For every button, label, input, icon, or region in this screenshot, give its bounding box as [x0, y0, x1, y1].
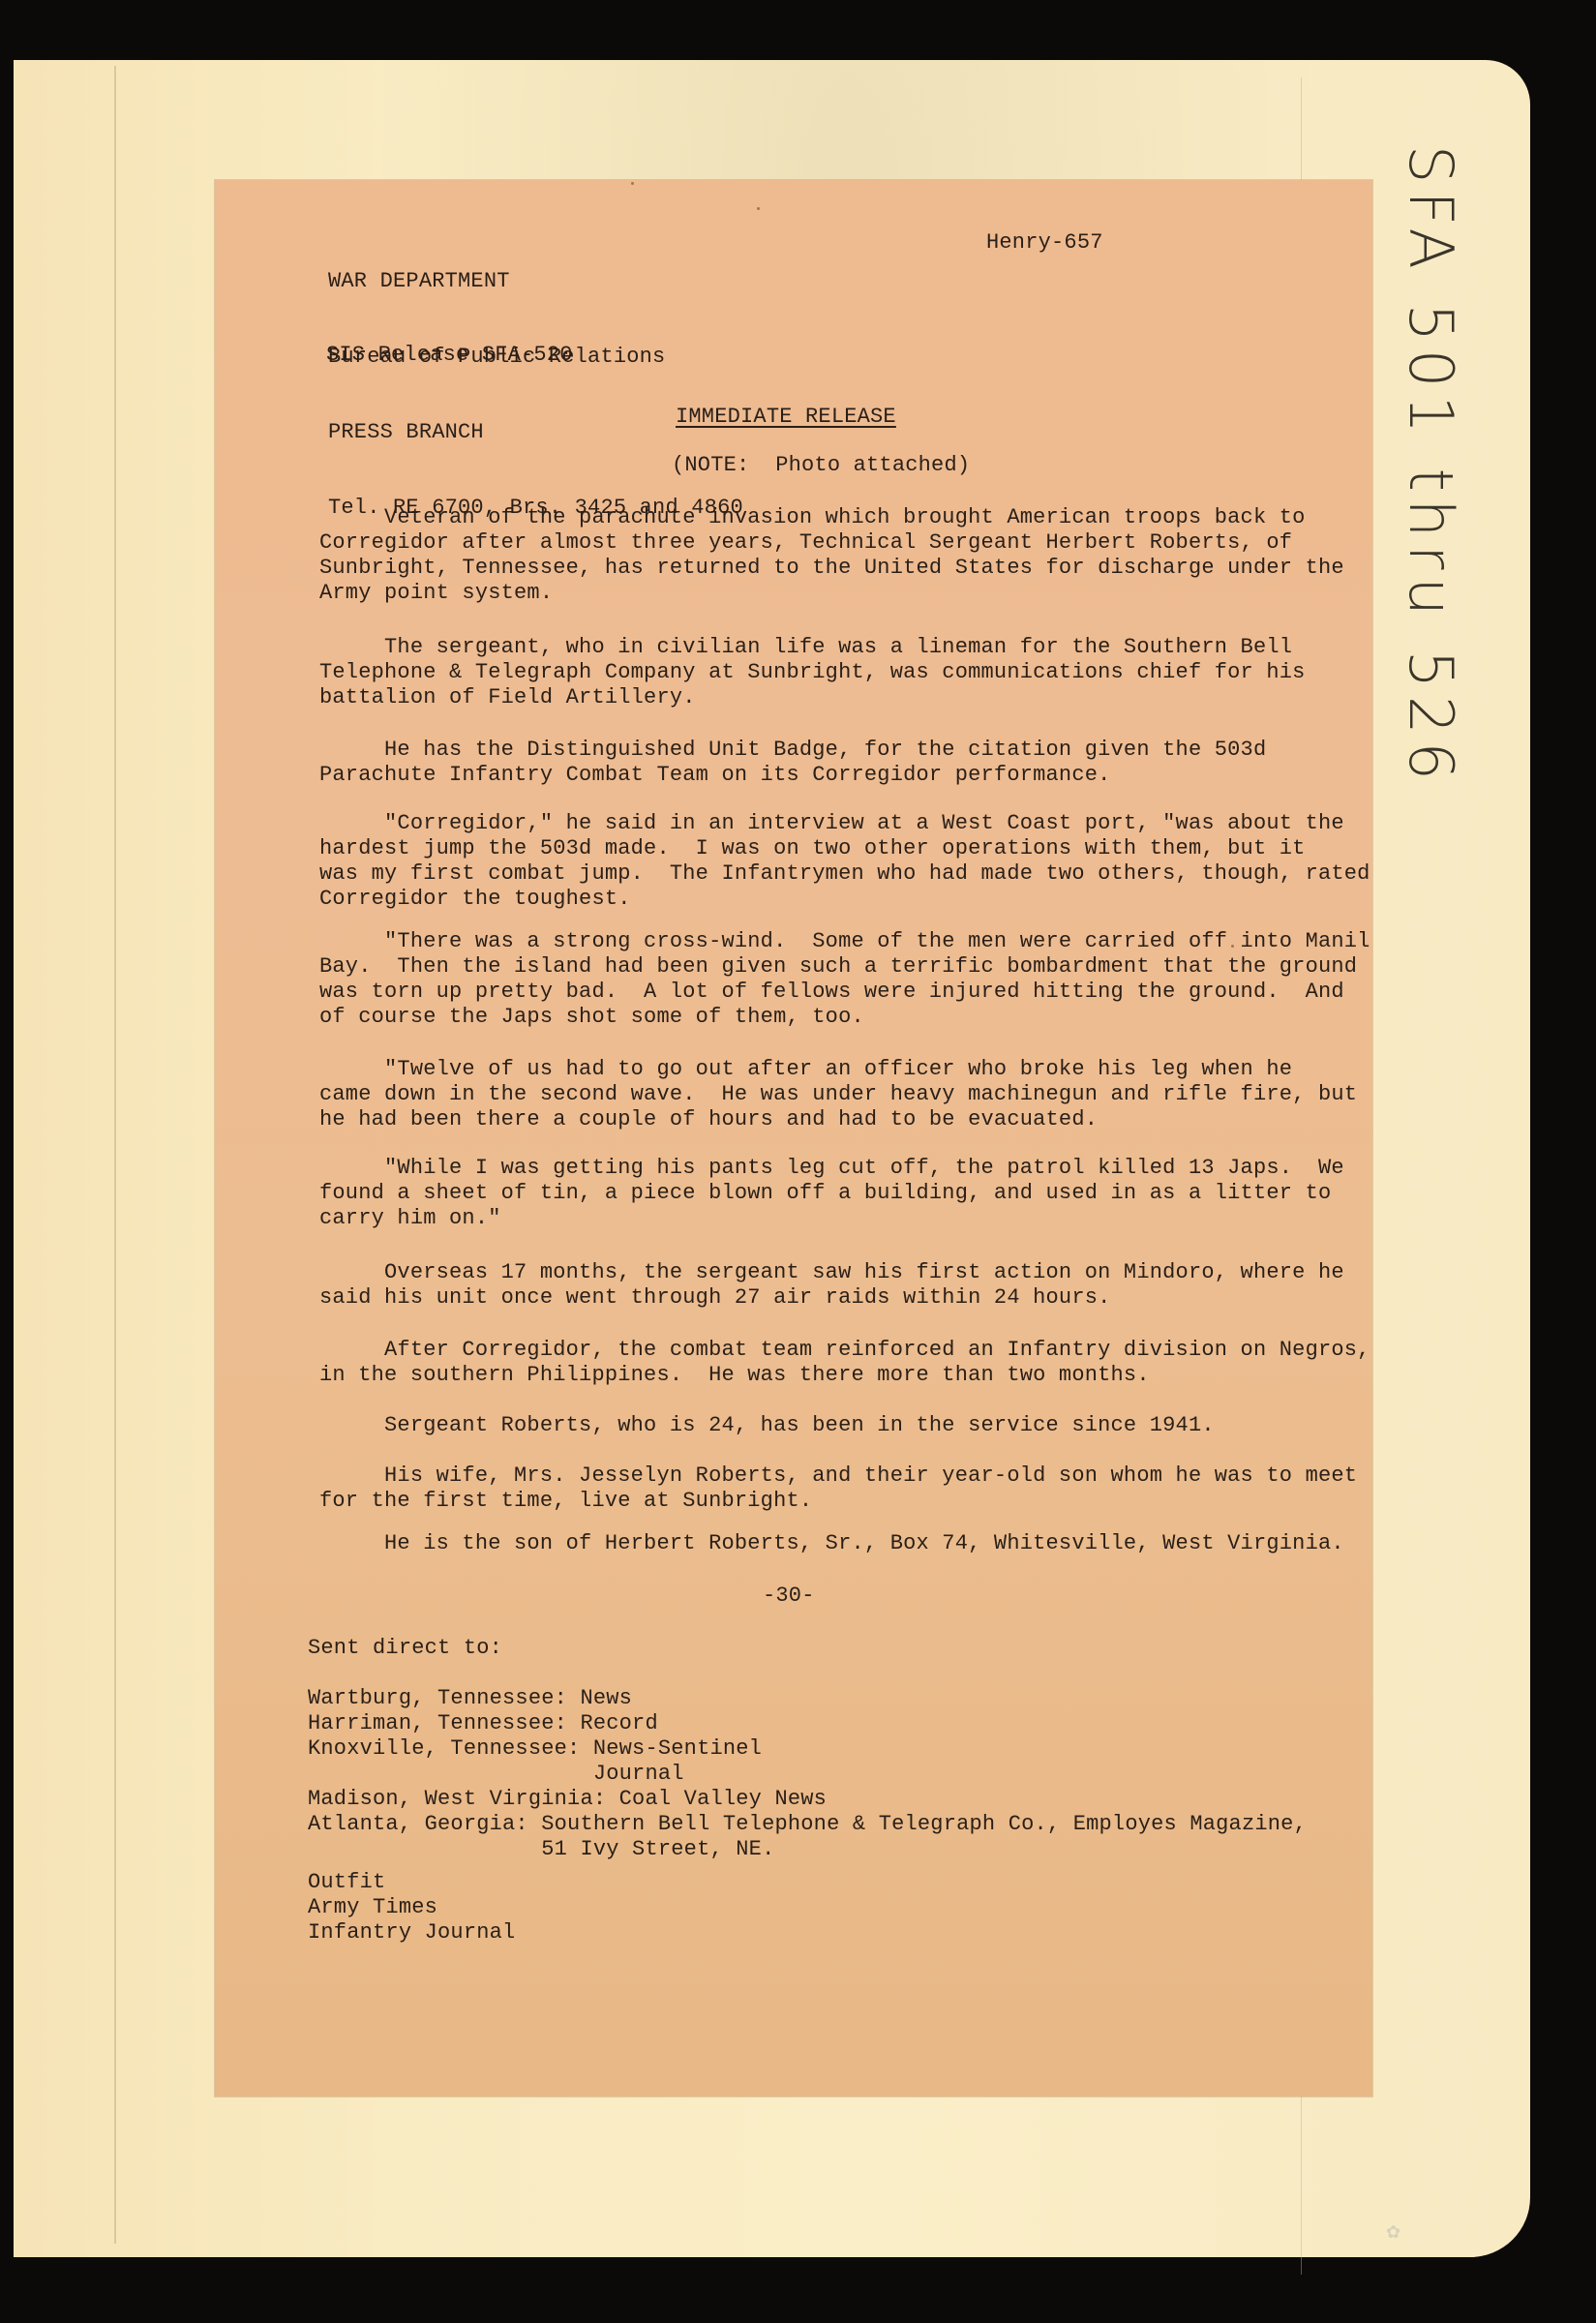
distribution-item: Infantry Journal	[308, 1920, 1307, 1946]
paper-speck	[757, 207, 760, 210]
text-line: Sergeant Roberts, who is 24, has been in…	[319, 1413, 1287, 1438]
letterhead-department: WAR DEPARTMENT	[328, 269, 743, 294]
paper-speck	[631, 182, 634, 185]
paragraph-overseas: Overseas 17 months, the sergeant saw his…	[319, 1260, 1287, 1311]
text-line: came down in the second wave. He was und…	[319, 1082, 1287, 1107]
text-line: He is the son of Herbert Roberts, Sr., B…	[319, 1531, 1287, 1556]
distribution-item: Atlanta, Georgia: Southern Bell Telephon…	[308, 1812, 1307, 1837]
release-title: IMMEDIATE RELEASE	[676, 405, 896, 430]
text-line: Parachute Infantry Combat Team on its Co…	[319, 763, 1287, 788]
text-line: hardest jump the 503d made. I was on two…	[319, 836, 1287, 861]
text-line: Bay. Then the island had been given such…	[319, 954, 1287, 980]
text-line: Army point system.	[319, 581, 1287, 606]
text-line: "There was a strong cross-wind. Some of …	[319, 929, 1287, 954]
text-line: After Corregidor, the combat team reinfo…	[319, 1338, 1287, 1363]
text-line: said his unit once went through 27 air r…	[319, 1285, 1287, 1311]
distribution-item: Wartburg, Tennessee: News	[308, 1686, 1307, 1711]
reference-number: Henry-657	[986, 230, 1103, 256]
folder-handwritten-label: SFA 501 thru 526	[1396, 145, 1466, 788]
text-line: Corregidor after almost three years, Tec…	[319, 530, 1287, 556]
text-line: Overseas 17 months, the sergeant saw his…	[319, 1260, 1287, 1285]
paragraph-cross-wind: "There was a strong cross-wind. Some of …	[319, 929, 1287, 1030]
text-line: carry him on."	[319, 1206, 1287, 1231]
text-line: His wife, Mrs. Jesselyn Roberts, and the…	[319, 1463, 1287, 1489]
text-line: "Twelve of us had to go out after an off…	[319, 1057, 1287, 1082]
text-line: Corregidor the toughest.	[319, 887, 1287, 912]
paragraph-family: His wife, Mrs. Jesselyn Roberts, and the…	[319, 1463, 1287, 1514]
text-line: battalion of Field Artillery.	[319, 685, 1287, 710]
distribution-list: Wartburg, Tennessee: News Harriman, Tenn…	[308, 1686, 1307, 1946]
text-line: The sergeant, who in civilian life was a…	[319, 635, 1287, 660]
text-line: was torn up pretty bad. A lot of fellows…	[319, 980, 1287, 1005]
paragraph-unit-badge: He has the Distinguished Unit Badge, for…	[319, 738, 1287, 788]
text-line: found a sheet of tin, a piece blown off …	[319, 1181, 1287, 1206]
distribution-item: Knoxville, Tennessee: News-Sentinel	[308, 1736, 1307, 1762]
text-line: in the southern Philippines. He was ther…	[319, 1363, 1287, 1388]
paragraph-civilian-life: The sergeant, who in civilian life was a…	[319, 635, 1287, 710]
distribution-heading: Sent direct to:	[308, 1636, 502, 1661]
text-line: of course the Japs shot some of them, to…	[319, 1005, 1287, 1030]
spacer	[308, 1862, 1307, 1870]
text-line: He has the Distinguished Unit Badge, for…	[319, 738, 1287, 763]
text-line: Sunbright, Tennessee, has returned to th…	[319, 556, 1287, 581]
paragraph-intro: Veteran of the parachute invasion which …	[319, 505, 1287, 606]
distribution-item: Outfit	[308, 1870, 1307, 1895]
text-line: "Corregidor," he said in an interview at…	[319, 811, 1287, 836]
text-line: Veteran of the parachute invasion which …	[319, 505, 1287, 530]
press-release-sheet: WAR DEPARTMENT Bureau of Public Relation…	[215, 180, 1372, 2097]
scan-background: ✿ SFA 501 thru 526 WAR DEPARTMENT Bureau…	[0, 0, 1596, 2323]
leaf-watermark-icon: ✿	[1386, 2223, 1407, 2241]
text-line: for the first time, live at Sunbright.	[319, 1489, 1287, 1514]
paragraph-negros: After Corregidor, the combat team reinfo…	[319, 1338, 1287, 1388]
paragraph-litter: "While I was getting his pants leg cut o…	[319, 1156, 1287, 1231]
distribution-item: Harriman, Tennessee: Record	[308, 1711, 1307, 1736]
text-line: he had been there a couple of hours and …	[319, 1107, 1287, 1132]
end-mark: -30-	[763, 1584, 815, 1609]
paragraph-corregidor-quote: "Corregidor," he said in an interview at…	[319, 811, 1287, 912]
text-line: Telephone & Telegraph Company at Sunbrig…	[319, 660, 1287, 685]
photo-note: (NOTE: Photo attached)	[672, 453, 970, 478]
folder-crease	[114, 66, 116, 2244]
paragraph-father: He is the son of Herbert Roberts, Sr., B…	[319, 1531, 1287, 1556]
text-line: "While I was getting his pants leg cut o…	[319, 1156, 1287, 1181]
distribution-item: Journal	[308, 1762, 1307, 1787]
release-id: SIS Release SFA-520	[326, 343, 573, 368]
paragraph-service: Sergeant Roberts, who is 24, has been in…	[319, 1413, 1287, 1438]
distribution-item: 51 Ivy Street, NE.	[308, 1837, 1307, 1862]
distribution-item: Madison, West Virginia: Coal Valley News	[308, 1787, 1307, 1812]
paragraph-rescue: "Twelve of us had to go out after an off…	[319, 1057, 1287, 1132]
distribution-item: Army Times	[308, 1895, 1307, 1920]
text-line: was my first combat jump. The Infantryme…	[319, 861, 1287, 887]
